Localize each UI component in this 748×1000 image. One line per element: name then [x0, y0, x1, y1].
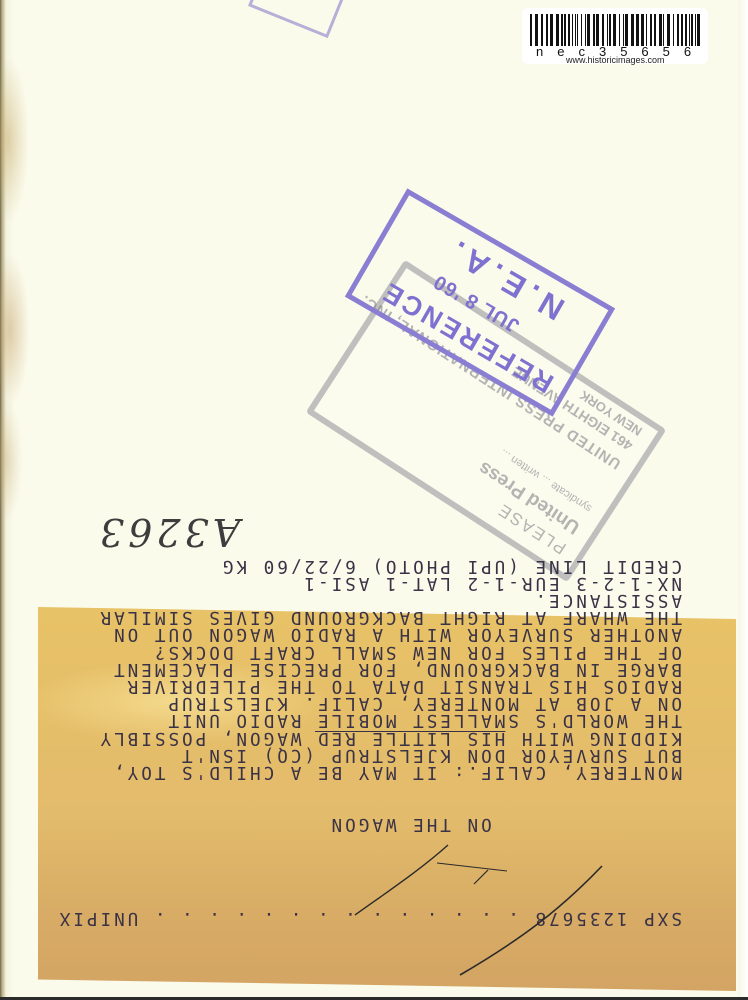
slug-dots: . . . . . . . . . . . . . . — [138, 908, 532, 928]
caption-line: BUT SURVEYOR DON KJELSTRUP (CQ) ISN'T — [82, 746, 682, 763]
caption-line: THE WHARF AT RIGHT BACKGROUND GIVES SIMI… — [82, 608, 682, 625]
slug-source: UNIPIX — [57, 908, 139, 928]
caption-line: CREDIT LINE (UPI PHOTO) 6/22/60 KG — [82, 556, 682, 573]
caption-text: SXP 1235678 . . . . . . . . . . . . . . … — [82, 640, 682, 960]
caption-line: OF THE PILES FOR NEW SMALL CRAFT DOCKS? — [82, 642, 682, 659]
barcode-icon — [528, 14, 702, 46]
caption-line: ON A JOB AT MONTEREY, CALIF. KJELSTRUP — [82, 694, 682, 711]
caption-line: THE WORLD'S SMALLEST MOBILE RADIO UNIT — [82, 711, 682, 728]
caption-line: BARGE IN BACKGROUND, FOR PRECISE PLACEME… — [82, 660, 682, 677]
caption-line: RADIOS HIS TRANSIT DATA TO THE PILEDRIVE… — [82, 677, 682, 694]
caption-body: MONTEREY, CALIF.: IT MAY BE A CHILD'S TO… — [82, 556, 682, 780]
barcode-label: nec35656 www.historicimages.com — [522, 8, 708, 64]
caption-line: ANOTHER SURVEYOR WITH A RADIO WAGON OUT … — [82, 625, 682, 642]
caption-line: ASSISTANCE. — [82, 591, 682, 608]
caption-line: NX-1-2-3 EUR-1-2 LAT-1 ASI-1 — [82, 574, 682, 591]
caption-headline: ON THE WAGON — [82, 814, 682, 831]
paper-right-edge — [738, 0, 748, 1000]
caption-line: KIDDING WITH HIS LITTLE RED WAGON, POSSI… — [82, 728, 682, 745]
barcode-url: www.historicimages.com — [566, 55, 665, 65]
caption-line: MONTEREY, CALIF.: IT MAY BE A CHILD'S TO… — [82, 763, 682, 780]
slug-id: SXP 1235678 — [532, 908, 682, 928]
slug-line: SXP 1235678 . . . . . . . . . . . . . . … — [82, 908, 682, 925]
